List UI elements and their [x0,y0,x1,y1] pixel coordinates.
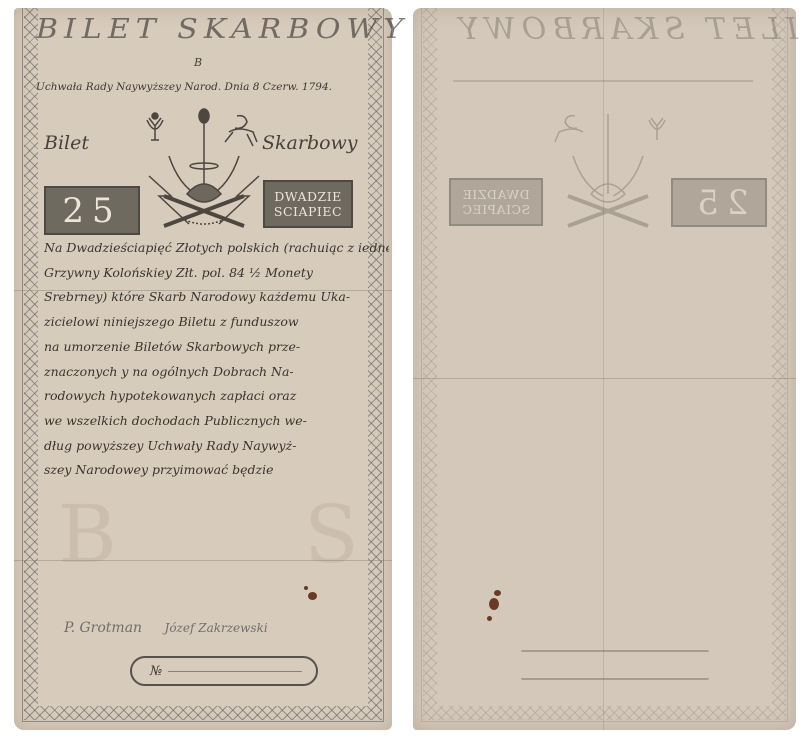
text-line: Grzywny Kolońskiey Złt. pol. 84 ½ Monety [44,261,389,286]
fold-crease [603,8,604,730]
mirrored-value-numeral: 25 [671,178,767,227]
resolution-line: Uchwała Rady Naywyższey Narod. Dnia 8 Cz… [36,81,332,93]
mirrored-emblem-icon [533,106,683,236]
serial-number-cartouche: № [130,656,318,686]
value-word-2: SCIAPIEC [274,204,342,219]
number-line [168,671,302,672]
value-words-box: DWADZIE SCIAPIEC [263,180,353,228]
text-line: na umorzenie Biletów Skarbowych prze- [44,335,389,360]
text-line: znaczonych y na ogólnych Dobrach Na- [44,360,389,385]
ink-stain [308,592,317,600]
text-line: dług powyższey Uchwały Rady Naywyż- [44,434,389,459]
mirrored-header: BILET SKARBOWY [453,12,800,47]
text-line: we wszelkich dochodach Publicznych we- [44,409,389,434]
value-word-2: SCIAPIEC [462,202,530,217]
signature-1: P. Grotman [64,620,142,636]
number-label: № [150,664,162,679]
fold-crease [413,378,796,379]
mirrored-value-words: DWADZIE SCIAPIEC [449,178,543,226]
text-line: Na Dwadzieściapięć Złotych polskich (rac… [44,236,389,261]
ink-stain [494,590,501,596]
ink-stain [487,616,492,621]
header-script: BILET SKARBOWY [36,14,356,46]
text-line: szey Narodowey przyimować będzie [44,458,389,483]
text-line: zicielowi niniejszego Biletu z funduszow [44,310,389,335]
banknote-back: BILET SKARBOWY 25 DWADZIE SCIAPIEC [413,8,796,730]
coat-of-arms-emblem-icon [129,106,279,236]
value-word-1: DWADZIE [462,187,530,202]
mirrored-cartouche [521,650,709,680]
signature-2: Józef Zakrzewski [165,621,268,635]
banknote-front: BILET SKARBOWY B Uchwała Rady Naywyższey… [14,8,392,730]
signatures: P. Grotman Józef Zakrzewski [64,620,268,636]
value-numeral-box: 25 [44,186,140,235]
ink-stain [304,586,308,590]
series-letter: B [194,56,202,69]
fold-crease [14,560,392,561]
text-line: rodowych hypotekowanych zapłaci oraz [44,384,389,409]
ink-stain [489,598,499,610]
watermark-right: S [304,488,359,581]
value-word-1: DWADZIE [274,189,342,204]
bilet-label: Bilet [44,132,89,154]
watermark-left: B [58,488,117,581]
fold-crease [14,290,392,291]
promissory-text: Na Dwadzieściapięć Złotych polskich (rac… [44,236,389,483]
